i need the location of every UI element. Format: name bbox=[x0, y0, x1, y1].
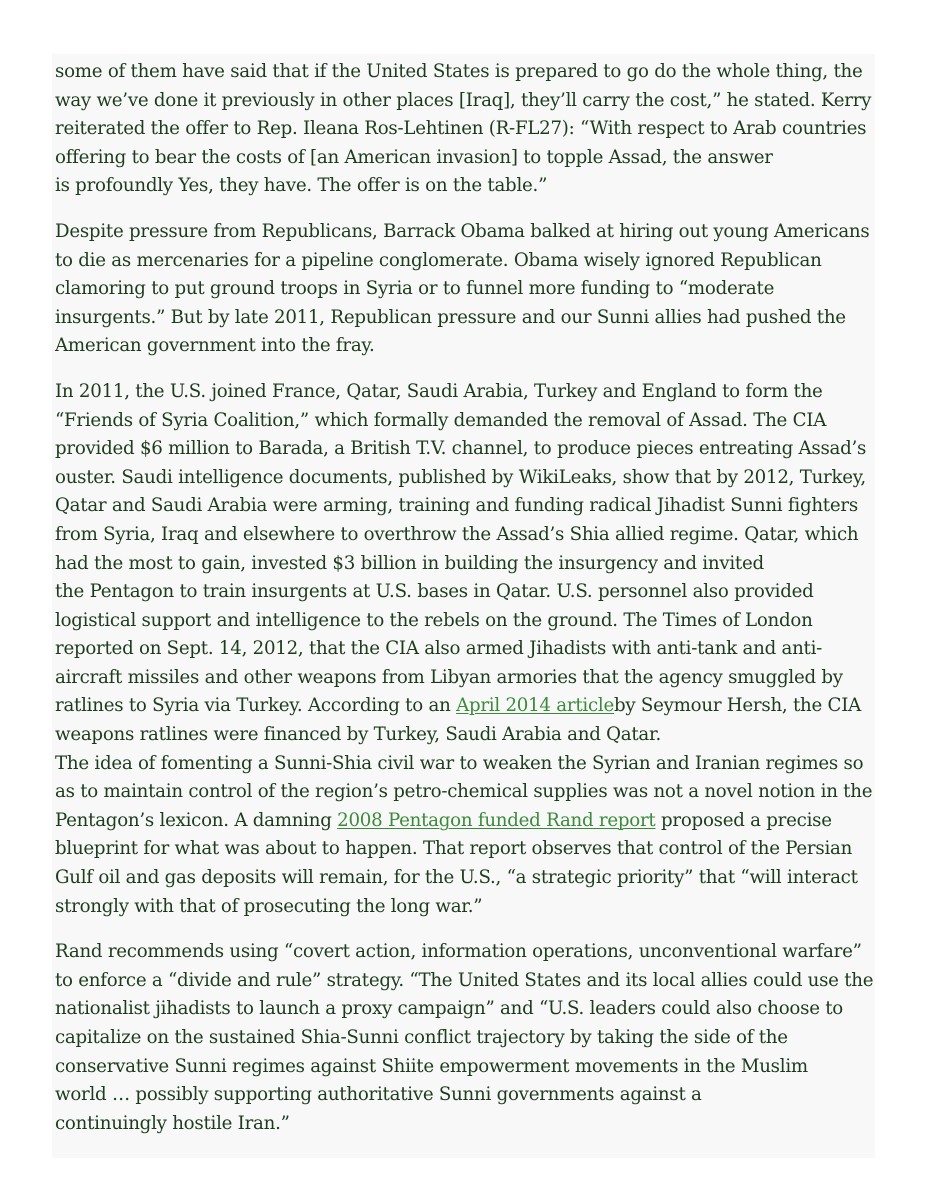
text-line: nationalist jihadists to launch a proxy … bbox=[55, 995, 875, 1024]
text-line: continuingly hostile Iran.” bbox=[55, 1110, 875, 1139]
text-line: ouster. Saudi intelligence documents, pu… bbox=[55, 464, 875, 493]
text-line: conservative Sunni regimes against Shiit… bbox=[55, 1053, 875, 1082]
text-line: insurgents.” But by late 2011, Republica… bbox=[55, 304, 875, 333]
text-line: reiterated the offer to Rep. Ileana Ros-… bbox=[55, 115, 875, 144]
text-line: In 2011, the U.S. joined France, Qatar, … bbox=[55, 378, 875, 407]
text-line: is profoundly Yes, they have. The offer … bbox=[55, 172, 875, 201]
text-line: American government into the fray. bbox=[55, 332, 875, 361]
text-line: Gulf oil and gas deposits will remain, f… bbox=[55, 864, 875, 893]
text-line: provided $6 million to Barada, a British… bbox=[55, 435, 875, 464]
text-line: clamoring to put ground troops in Syria … bbox=[55, 275, 875, 304]
text-line: world … possibly supporting authoritativ… bbox=[55, 1081, 875, 1110]
text-line: blueprint for what was about to happen. … bbox=[55, 835, 875, 864]
text-segment: by Seymour Hersh, the CIA bbox=[614, 695, 861, 716]
text-line: “Friends of Syria Coalition,” which form… bbox=[55, 407, 875, 436]
text-line: Qatar and Saudi Arabia were arming, trai… bbox=[55, 492, 875, 521]
text-line: to enforce a “divide and rule” strategy.… bbox=[55, 967, 875, 996]
text-segment: Pentagon’s lexicon. A damning bbox=[55, 810, 337, 831]
text-line: logistical support and intelligence to t… bbox=[55, 607, 875, 636]
text-line: reported on Sept. 14, 2012, that the CIA… bbox=[55, 635, 875, 664]
text-line: Rand recommends using “covert action, in… bbox=[55, 938, 875, 967]
text-segment: proposed a precise bbox=[655, 810, 831, 831]
text-segment: ratlines to Syria via Turkey. According … bbox=[55, 695, 456, 716]
text-line: from Syria, Iraq and elsewhere to overth… bbox=[55, 521, 875, 550]
text-line: strongly with that of prosecuting the lo… bbox=[55, 893, 875, 922]
text-line: way we’ve done it previously in other pl… bbox=[55, 87, 875, 116]
paragraph-obama-pressure: Despite pressure from Republicans, Barra… bbox=[55, 218, 875, 361]
article-body: some of them have said that if the Unite… bbox=[55, 58, 875, 1155]
text-line: some of them have said that if the Unite… bbox=[55, 58, 875, 87]
text-line: the Pentagon to train insurgents at U.S.… bbox=[55, 578, 875, 607]
text-line: to die as mercenaries for a pipeline con… bbox=[55, 247, 875, 276]
text-line: Despite pressure from Republicans, Barra… bbox=[55, 218, 875, 247]
text-line: weapons ratlines were financed by Turkey… bbox=[55, 721, 875, 750]
text-line: capitalize on the sustained Shia-Sunni c… bbox=[55, 1024, 875, 1053]
text-line-with-link: ratlines to Syria via Turkey. According … bbox=[55, 692, 875, 721]
paragraph-friends-of-syria: In 2011, the U.S. joined France, Qatar, … bbox=[55, 378, 875, 750]
text-line: offering to bear the costs of [an Americ… bbox=[55, 144, 875, 173]
paragraph-rand-report: The idea of fomenting a Sunni-Shia civil… bbox=[55, 750, 875, 922]
text-line: had the most to gain, invested $3 billio… bbox=[55, 550, 875, 579]
paragraph-kerry-offer: some of them have said that if the Unite… bbox=[55, 58, 875, 201]
april-2014-article-link[interactable]: April 2014 article bbox=[456, 695, 614, 716]
text-line: The idea of fomenting a Sunni-Shia civil… bbox=[55, 750, 875, 779]
rand-report-link[interactable]: 2008 Pentagon funded Rand report bbox=[337, 810, 655, 831]
text-line-with-link: Pentagon’s lexicon. A damning 2008 Penta… bbox=[55, 807, 875, 836]
text-line: as to maintain control of the region’s p… bbox=[55, 778, 875, 807]
text-line: aircraft missiles and other weapons from… bbox=[55, 664, 875, 693]
paragraph-rand-recommends: Rand recommends using “covert action, in… bbox=[55, 938, 875, 1138]
